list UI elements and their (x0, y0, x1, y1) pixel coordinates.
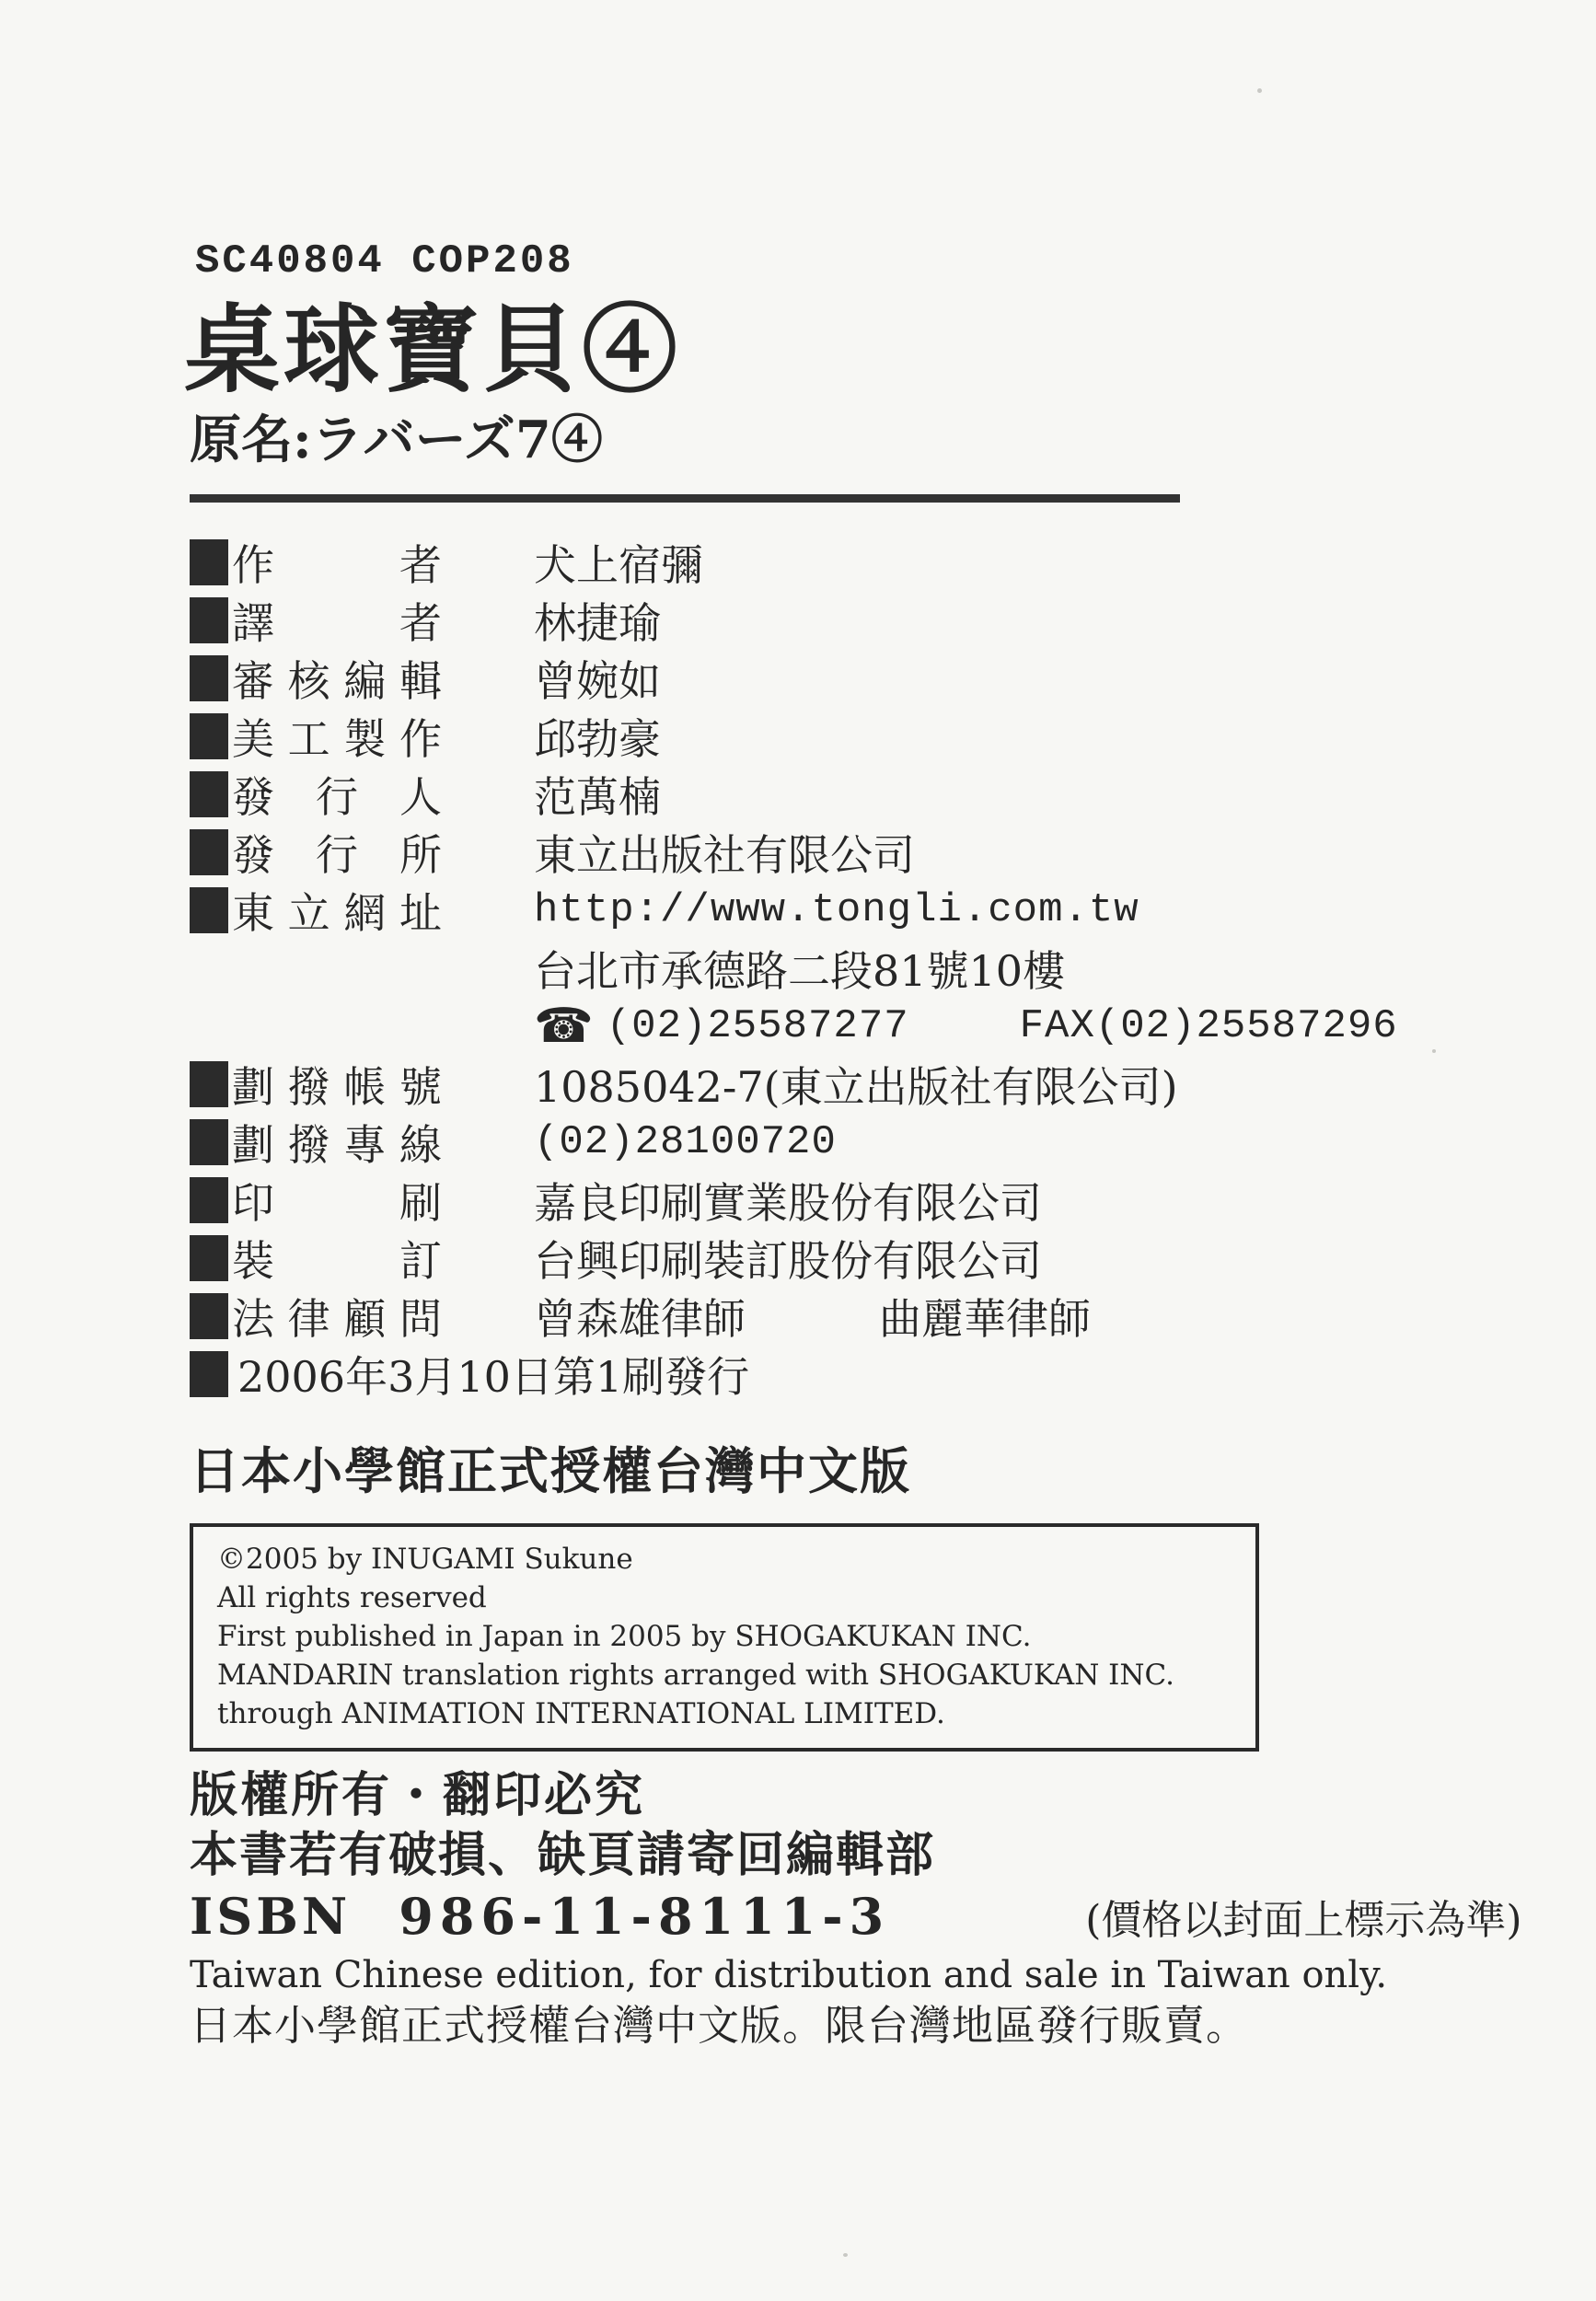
credit-label: 發行人 (232, 764, 442, 825)
copyright-line: ©2005 by INUGAMI Sukune (217, 1540, 1237, 1578)
phone-number: (02)25587277 (607, 1003, 909, 1049)
legal-advisor-2: 曲麗華律師 (879, 1286, 1091, 1347)
copyright-box: ©2005 by INUGAMI Sukune All rights reser… (190, 1523, 1259, 1752)
binding-company: 台興印刷裝訂股份有限公司 (534, 1228, 1042, 1289)
credit-label: 裝訂 (232, 1228, 442, 1289)
copyright-notice: 版權所有・翻印必究 (190, 1766, 1596, 1825)
bullet-square-icon (190, 1119, 228, 1165)
credit-row-art: 美工製作 邱勃豪 (190, 708, 1596, 766)
credit-label: 作者 (232, 532, 442, 593)
bullet-square-icon (190, 829, 228, 875)
bullet-square-icon (190, 1061, 228, 1107)
credit-value: 犬上宿彌 (534, 532, 703, 593)
credit-value: 林捷瑜 (534, 590, 661, 651)
bullet-square-icon (190, 1177, 228, 1223)
credit-row-printer: 印刷 嘉良印刷實業股份有限公司 (190, 1172, 1596, 1230)
license-heading: 日本小學館正式授權台灣中文版 (190, 1442, 1596, 1499)
postal-hotline-number: (02)28100720 (534, 1119, 837, 1165)
credit-value: 東立出版社有限公司 (534, 822, 915, 883)
bullet-square-icon (190, 655, 228, 701)
credit-row-binding: 裝訂 台興印刷裝訂股份有限公司 (190, 1230, 1596, 1288)
footer-notices: 版權所有・翻印必究 本書若有破損、缺頁請寄回編輯部 ISBN 986-11-81… (0, 1766, 1596, 2052)
bullet-square-icon (190, 887, 228, 933)
printer-company: 嘉良印刷實業股份有限公司 (534, 1170, 1042, 1231)
bullet-square-icon (190, 1351, 228, 1397)
credit-label: 審核編輯 (232, 648, 442, 709)
legal-advisor-1: 曾森雄律師 (534, 1286, 746, 1347)
print-date: 2006年3月10日第1刷發行 (237, 1344, 749, 1405)
copyright-line: MANDARIN translation rights arranged wit… (217, 1656, 1237, 1694)
credit-label: 發行所 (232, 822, 442, 883)
credit-label: 印刷 (232, 1170, 442, 1231)
credit-row-author: 作者 犬上宿彌 (190, 534, 1596, 592)
phone-fax-row: ☎ (02)25587277 FAX(02)25587296 (190, 998, 1596, 1056)
credit-value: 曾婉如 (534, 648, 661, 709)
colophon-page: SC40804 COP208 桌球寶貝④ 原名:ラバーズ7④ 作者 犬上宿彌 譯… (0, 0, 1596, 2301)
credit-label: 劃撥專線 (232, 1112, 442, 1173)
scan-speck (1257, 88, 1262, 93)
bullet-square-icon (190, 1235, 228, 1281)
credit-label: 美工製作 (232, 706, 442, 767)
damaged-copy-notice: 本書若有破損、缺頁請寄回編輯部 (190, 1825, 1596, 1886)
scan-speck (1432, 1049, 1436, 1053)
credit-row-publisher-company: 發行所 東立出版社有限公司 (190, 824, 1596, 882)
bullet-square-icon (190, 1293, 228, 1339)
credit-row-translator: 譯者 林捷瑜 (190, 592, 1596, 650)
copyright-line: First published in Japan in 2005 by SHOG… (217, 1617, 1237, 1656)
bullet-square-icon (190, 713, 228, 759)
credit-row-postal-hotline: 劃撥專線 (02)28100720 (190, 1114, 1596, 1172)
bullet-square-icon (190, 597, 228, 643)
credits-list: 作者 犬上宿彌 譯者 林捷瑜 審核編輯 曾婉如 美工製作 邱勃豪 發行人 范萬楠… (0, 534, 1596, 1404)
credit-row-editor: 審核編輯 曾婉如 (190, 650, 1596, 708)
bullet-square-icon (190, 771, 228, 817)
credit-row-print-date: 2006年3月10日第1刷發行 (190, 1346, 1596, 1404)
credit-value: 邱勃豪 (534, 706, 661, 767)
publisher-address-row: 台北市承德路二段81號10樓 (190, 940, 1596, 998)
price-note: (價格以封面上標示為準) (1085, 1891, 1521, 1951)
copyright-line: through ANIMATION INTERNATIONAL LIMITED. (217, 1694, 1237, 1733)
isbn-number: 986-11-8111-3 (399, 1886, 890, 1947)
fax-number: FAX(02)25587296 (1020, 1003, 1398, 1049)
website-url: http://www.tongli.com.tw (534, 887, 1139, 933)
isbn-row: ISBN 986-11-8111-3 (價格以封面上標示為準) (190, 1886, 1596, 1951)
original-title: 原名:ラバーズ7④ (190, 410, 1596, 469)
credit-row-legal: 法律顧問 曾森雄律師 曲麗華律師 (190, 1288, 1596, 1346)
credit-row-website: 東立網址 http://www.tongli.com.tw (190, 882, 1596, 940)
credit-label: 劃撥帳號 (232, 1054, 442, 1115)
taiwan-license-note: 日本小學館正式授權台灣中文版。限台灣地區發行販賣。 (190, 1999, 1596, 2052)
publisher-address: 台北市承德路二段81號10樓 (534, 938, 1065, 999)
credit-row-publisher-person: 發行人 范萬楠 (190, 766, 1596, 824)
postal-account-number: 1085042-7(東立出版社有限公司) (534, 1054, 1178, 1115)
credit-row-postal-account: 劃撥帳號 1085042-7(東立出版社有限公司) (190, 1056, 1596, 1114)
telephone-icon: ☎ (534, 1002, 594, 1050)
copyright-line: All rights reserved (217, 1578, 1237, 1617)
credit-value: 范萬楠 (534, 764, 661, 825)
divider-rule (190, 494, 1180, 503)
credit-label: 東立網址 (232, 880, 442, 941)
bullet-square-icon (190, 539, 228, 585)
credit-label: 法律顧問 (232, 1286, 442, 1347)
credit-label: 譯者 (232, 590, 442, 651)
isbn-label: ISBN (190, 1886, 351, 1947)
product-code: SC40804 COP208 (195, 241, 1596, 282)
book-title: 桌球寶貝④ (184, 298, 1596, 401)
scan-speck (843, 2253, 848, 2257)
english-distribution-note: Taiwan Chinese edition, for distribution… (190, 1951, 1596, 1999)
